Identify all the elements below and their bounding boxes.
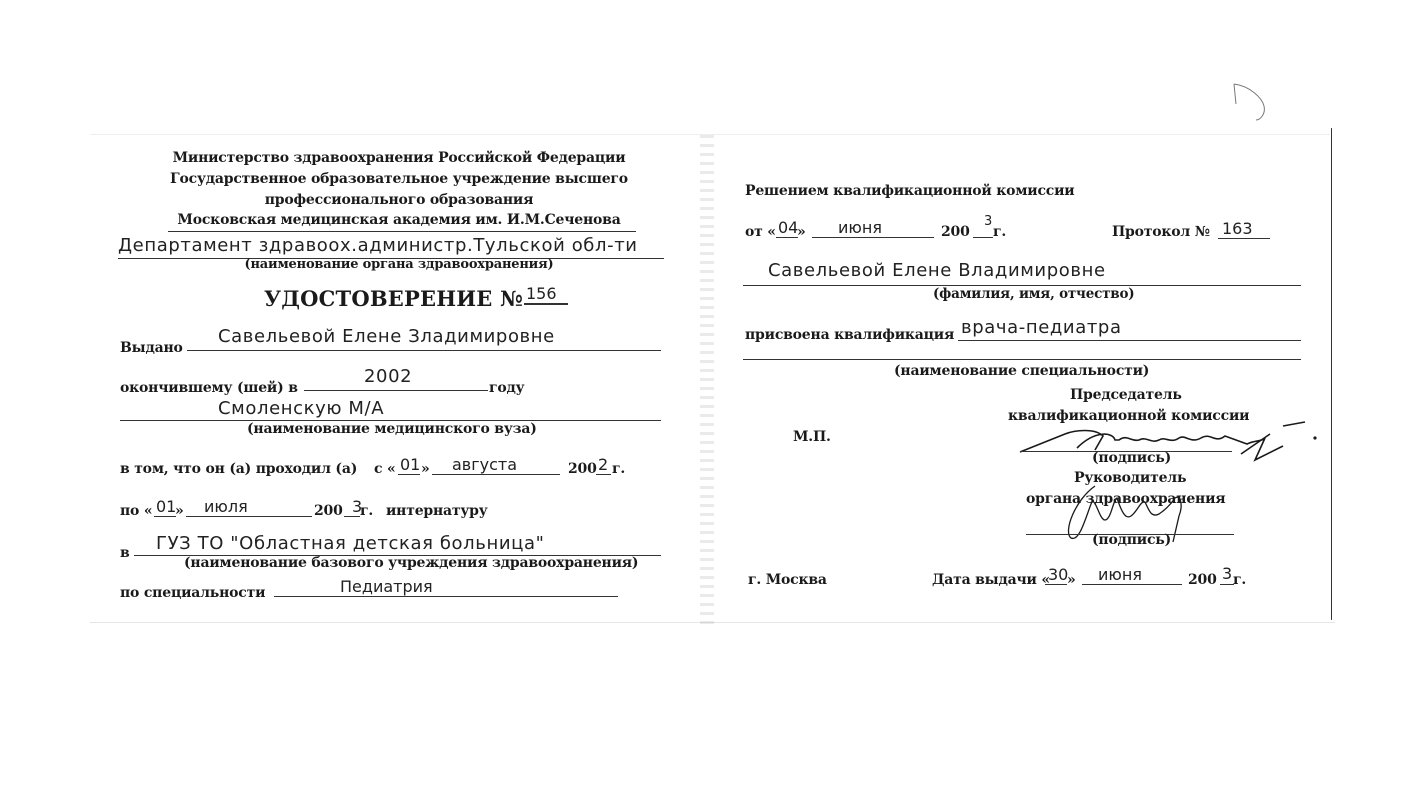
health-authority-caption: (наименование органа здравоохранения) <box>120 257 678 272</box>
full-name-caption: (фамилия, имя, отчество) <box>933 286 1134 302</box>
base-institution-value: ГУЗ ТО "Областная детская больница" <box>156 533 545 554</box>
period-to-month-underline <box>186 516 312 517</box>
decision-date-month: июня <box>838 218 882 237</box>
issue-date-month-underline <box>1082 584 1182 585</box>
decision-date-day: 04 <box>778 218 798 237</box>
decision-heading: Решением квалификационной комиссии <box>745 183 1074 199</box>
specialty-value: Педиатрия <box>340 577 433 596</box>
decision-date-prefix: от « <box>745 224 776 240</box>
graduated-year-suffix: году <box>489 380 524 396</box>
period-from-day: 01 <box>400 455 420 474</box>
full-name-value: Савельевой Елене Владимировне <box>768 260 1106 281</box>
protocol-number-underline <box>1218 238 1270 239</box>
health-authority-value: Департамент здравоох.администр.Тульской … <box>118 235 638 256</box>
decision-date-year-suffix: г. <box>993 224 1006 240</box>
decision-date-year-underline <box>973 237 993 238</box>
decision-date-month-underline <box>812 237 934 238</box>
period-from-day-underline <box>398 474 420 475</box>
header-institution-type: Государственное образовательное учрежден… <box>120 171 678 187</box>
graduated-institution: Смоленскую М/А <box>218 398 384 419</box>
period-from-quote: » <box>421 461 430 477</box>
decision-date-day-underline <box>776 237 798 238</box>
corner-mark-icon <box>1230 80 1270 120</box>
specialty-underline <box>274 596 618 597</box>
issued-to-underline <box>187 350 661 351</box>
issue-date-year-digit: 3 <box>1222 564 1232 583</box>
certificate-number-underline <box>524 303 568 305</box>
base-institution-caption: (наименование базового учреждения здраво… <box>184 555 638 571</box>
decision-date-year-digit: 3 <box>984 214 992 229</box>
issued-to-label: Выдано <box>120 340 183 356</box>
page-fold <box>700 135 714 625</box>
period-from-year-digit: 2 <box>598 455 608 474</box>
issue-date-day: 30 <box>1048 565 1068 584</box>
period-from-prefix: с « <box>374 461 396 477</box>
period-from-label: в том, что он (а) проходил (а) <box>120 461 357 477</box>
chairman-signature-caption: (подпись) <box>1092 450 1171 466</box>
academy-underline <box>168 231 636 232</box>
certificate-number: 156 <box>526 284 557 303</box>
header-academy: Московская медицинская академия им. И.М.… <box>120 212 678 228</box>
chairman-title: Председатель <box>1070 387 1182 403</box>
header-education-level: профессионального образования <box>120 192 678 208</box>
issue-date-quote: » <box>1067 572 1076 588</box>
issue-date-year-underline <box>1220 584 1234 585</box>
period-to-month: июля <box>204 497 248 516</box>
head-signature-caption: (подпись) <box>1092 532 1171 548</box>
period-from-month-underline <box>432 474 560 475</box>
header-ministry: Министерство здравоохранения Российской … <box>120 150 678 166</box>
period-from-year-suffix: г. <box>612 461 625 477</box>
graduated-label: окончившему (шей) в <box>120 380 298 396</box>
decision-date-year-prefix: 200 <box>941 224 970 240</box>
period-to-year-underline <box>344 516 360 517</box>
qualification-underline-2 <box>743 359 1301 360</box>
period-to-quote: » <box>175 503 184 519</box>
issue-date-label: Дата выдачи « <box>932 572 1050 588</box>
qualification-underline <box>958 340 1301 341</box>
qualification-value: врача-педиатра <box>961 317 1122 338</box>
period-from-year-underline <box>596 474 611 475</box>
issue-date-day-underline <box>1045 584 1067 585</box>
qualification-label: присвоена квалификация <box>745 327 954 343</box>
specialty-label: по специальности <box>120 585 265 601</box>
graduated-year-underline <box>304 390 488 391</box>
internship-label: интернатуру <box>386 503 488 519</box>
period-to-year-suffix: г. <box>360 503 373 519</box>
city: г. Москва <box>748 572 827 588</box>
page-right-edge <box>1331 128 1332 620</box>
issue-date-year-prefix: 200 <box>1188 572 1217 588</box>
base-institution-label: в <box>120 545 130 561</box>
protocol-label: Протокол № <box>1112 224 1210 240</box>
issue-date-month: июня <box>1098 565 1142 584</box>
stamp-place: М.П. <box>793 429 831 445</box>
institution-caption: (наименование медицинского вуза) <box>247 421 537 437</box>
certificate-title: УДОСТОВЕРЕНИЕ № <box>264 286 523 311</box>
period-to-day-underline <box>154 516 176 517</box>
protocol-number: 163 <box>1222 219 1253 238</box>
period-to-day: 01 <box>156 497 176 516</box>
period-from-month: августа <box>452 455 517 474</box>
period-to-year-prefix: 200 <box>314 503 343 519</box>
period-to-prefix: по « <box>120 503 152 519</box>
graduated-year: 2002 <box>364 366 412 387</box>
issued-to-value: Савельевой Елене Зладимировне <box>218 326 555 347</box>
decision-date-quote: » <box>797 224 806 240</box>
qualification-caption: (наименование специальности) <box>894 363 1149 379</box>
issue-date-year-suffix: г. <box>1233 572 1246 588</box>
period-from-year-prefix: 200 <box>568 461 597 477</box>
